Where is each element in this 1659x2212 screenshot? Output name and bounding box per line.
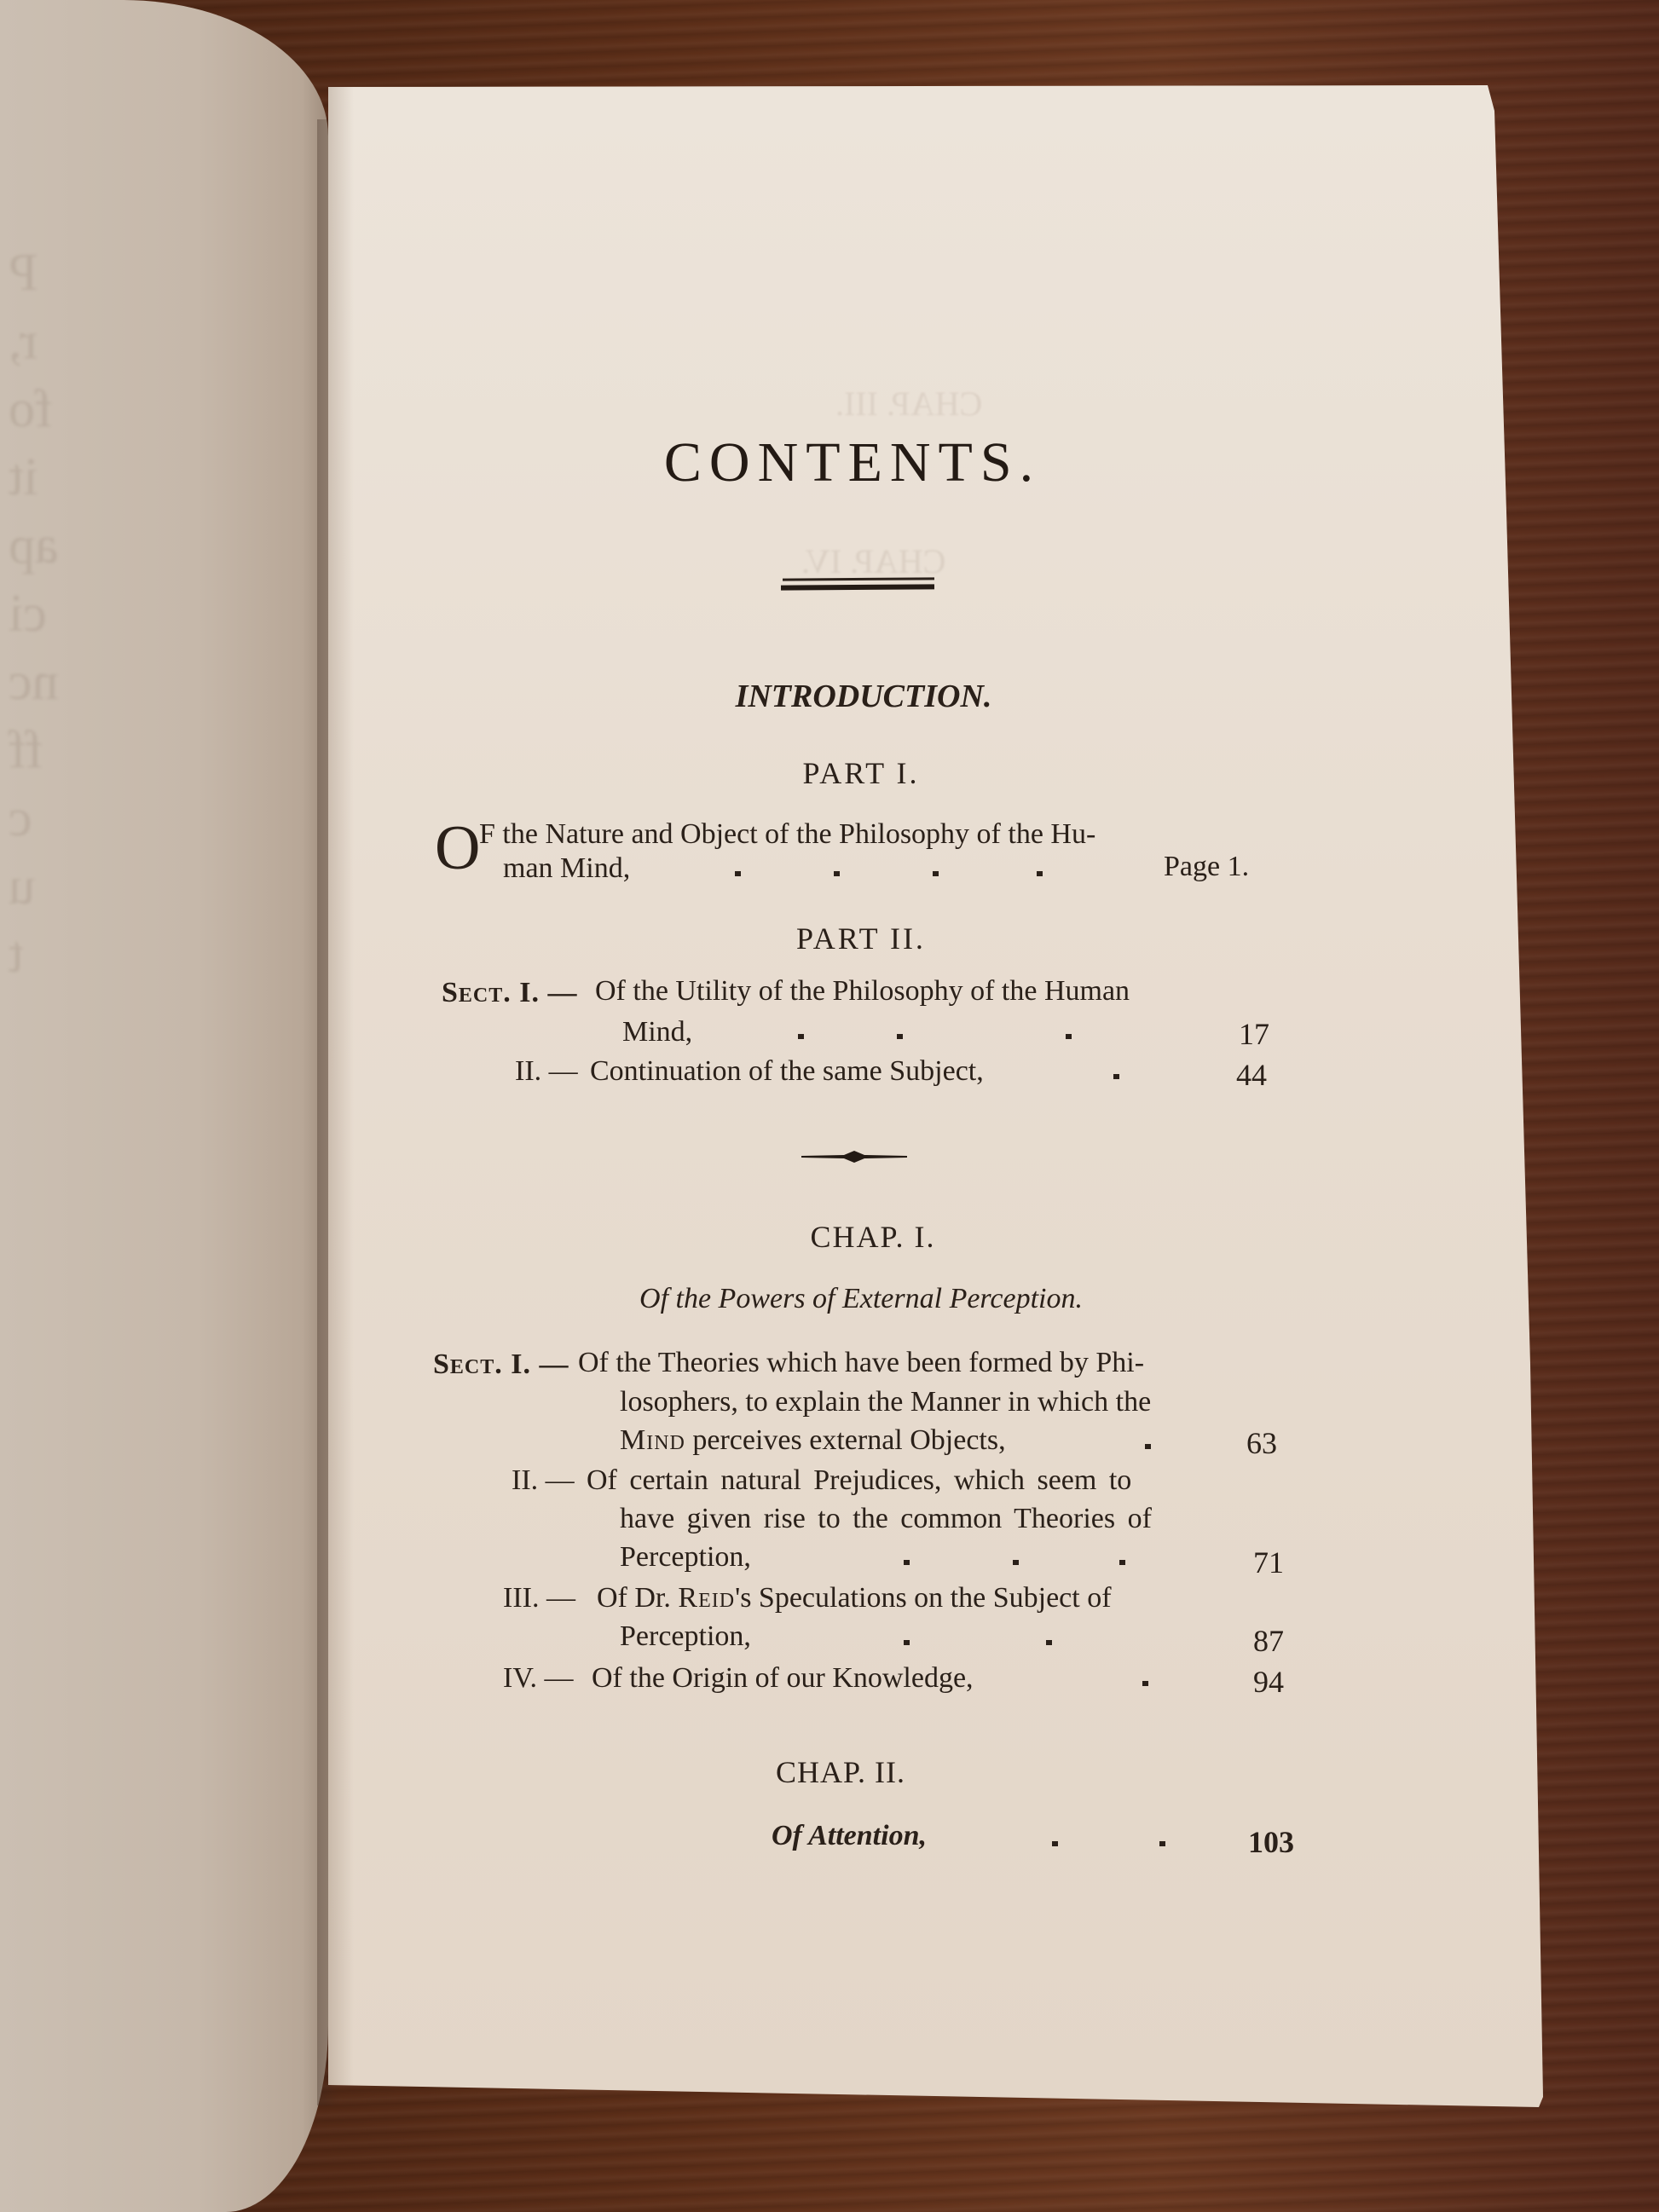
part-2-heading: PART II. [796,921,926,956]
page-number: 44 [1236,1057,1267,1093]
part-1-heading: PART I. [803,755,920,791]
leader-dot [1013,1560,1019,1565]
leader-dot [798,1034,804,1039]
section-label: III. — [503,1582,575,1614]
leader-dot [904,1640,910,1645]
part-1-entry-line-2: man Mind, [503,852,630,885]
section-label: Sect. I. — [442,977,578,1009]
leader-dot [904,1560,910,1565]
chapter-1-subtitle: Of the Powers of External Perception. [639,1283,1083,1315]
leader-dot [1119,1560,1125,1565]
double-rule-bottom [781,584,934,590]
leader-dot [1046,1640,1052,1645]
section-title-line-2: losophers, to explain the Manner in whic… [620,1386,1151,1418]
chapter-2-entry: Of Attention, [772,1820,927,1852]
leader-dot [1159,1841,1165,1846]
page-number: 94 [1253,1664,1284,1700]
chapter-2-heading: CHAP. II. [776,1754,905,1790]
leader-dot [897,1034,903,1039]
section-label: II. — [512,1464,575,1497]
leader-dot [1037,871,1043,876]
leader-dot [834,871,840,876]
bleed-through-ghost: CHAP. III. [835,384,982,424]
page-number: 103 [1248,1824,1294,1860]
section-title-line-1: Of the Utility of the Philosophy of the … [595,975,1130,1008]
leader-dot [1052,1841,1058,1846]
section-label: Sect. I. — [433,1349,569,1381]
section-label: IV. — [503,1662,574,1695]
leader-dot [933,871,939,876]
section-title-line-1: Of the Origin of our Knowledge, [592,1662,974,1695]
page-number: 17 [1239,1016,1269,1052]
section-title-line-2: have given rise to the common Theories o… [620,1503,1152,1535]
leader-dot [735,871,741,876]
bleed-through-text: P r, fo it ap ci nc ff c u t [9,239,315,989]
leader-dot [1142,1681,1148,1686]
left-facing-page: P r, fo it ap ci nc ff c u t [0,0,328,2212]
section-title-line-2: Mind, [622,1016,692,1048]
part-1-entry-line-1: F the Nature and Object of the Philosoph… [479,818,1095,851]
section-title-line-1: Of Dr. Reid's Speculations on the Subjec… [597,1582,1112,1614]
page-number: 71 [1253,1545,1284,1580]
section-label: II. — [515,1055,578,1088]
chapter-1-heading: CHAP. I. [810,1219,935,1255]
leader-dot [1113,1074,1119,1079]
section-title-line-2: Perception, [620,1620,751,1653]
bleed-through-ghost: CHAP. IV. [801,541,945,581]
drop-cap: O [435,817,480,880]
section-title-line-1: Of certain natural Prejudices, which see… [587,1464,1131,1497]
introduction-heading: INTRODUCTION. [736,678,992,715]
section-title-line-3: Perception, [620,1541,751,1574]
page-title: CONTENTS. [664,430,1041,495]
section-title-line-1: Of the Theories which have been formed b… [578,1347,1144,1379]
section-title-line-1: Continuation of the same Subject, [590,1055,984,1088]
leader-dot [1145,1444,1151,1449]
page-number: 63 [1246,1425,1277,1461]
page-number: 87 [1253,1623,1284,1659]
page-number: Page 1. [1164,851,1249,883]
section-title-line-3: Mind perceives external Objects, [620,1424,1006,1457]
ornament-divider-icon [801,1151,907,1163]
leader-dot [1066,1034,1072,1039]
